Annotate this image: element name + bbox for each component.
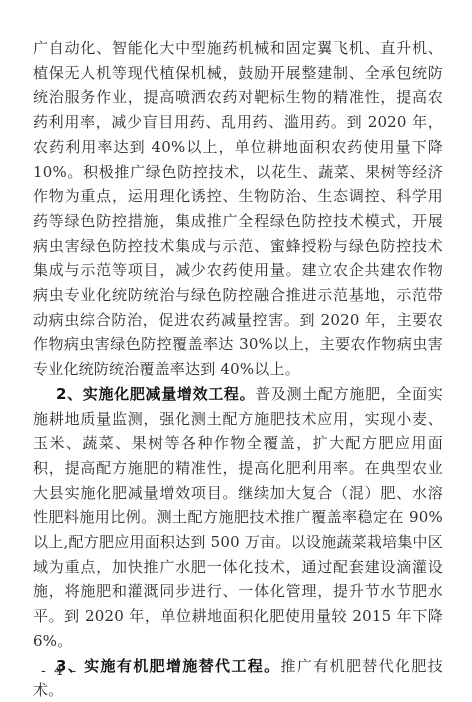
paragraph-1: 广自动化、智能化大中型施药机械和固定翼飞机、直升机、植保无人机等现代植保机械，鼓…	[33, 36, 443, 382]
page-number: - 4 -	[41, 663, 78, 679]
document-page: 广自动化、智能化大中型施药机械和固定翼飞机、直升机、植保无人机等现代植保机械，鼓…	[0, 0, 472, 702]
paragraph-3: 3、实施有机肥增施替代工程。推广有机肥替代化肥技术。	[33, 654, 443, 702]
paragraph-2-heading: 2、实施化肥减量增效工程。	[56, 385, 255, 403]
paragraph-1-body-text: 广自动化、智能化大中型施药机械和固定翼飞机、直升机、植保无人机等现代植保机械，鼓…	[33, 39, 443, 378]
document-text-block: 广自动化、智能化大中型施药机械和固定翼飞机、直升机、植保无人机等现代植保机械，鼓…	[33, 36, 443, 702]
paragraph-3-heading: 3、实施有机肥增施替代工程。	[56, 657, 281, 675]
paragraph-2: 2、实施化肥减量增效工程。普及测土配方施肥，全面实施耕地质量监测，强化测土配方施…	[33, 382, 443, 654]
paragraph-2-body-text: 普及测土配方施肥，全面实施耕地质量监测，强化测土配方施肥技术应用，实现小麦、玉米…	[33, 385, 443, 650]
